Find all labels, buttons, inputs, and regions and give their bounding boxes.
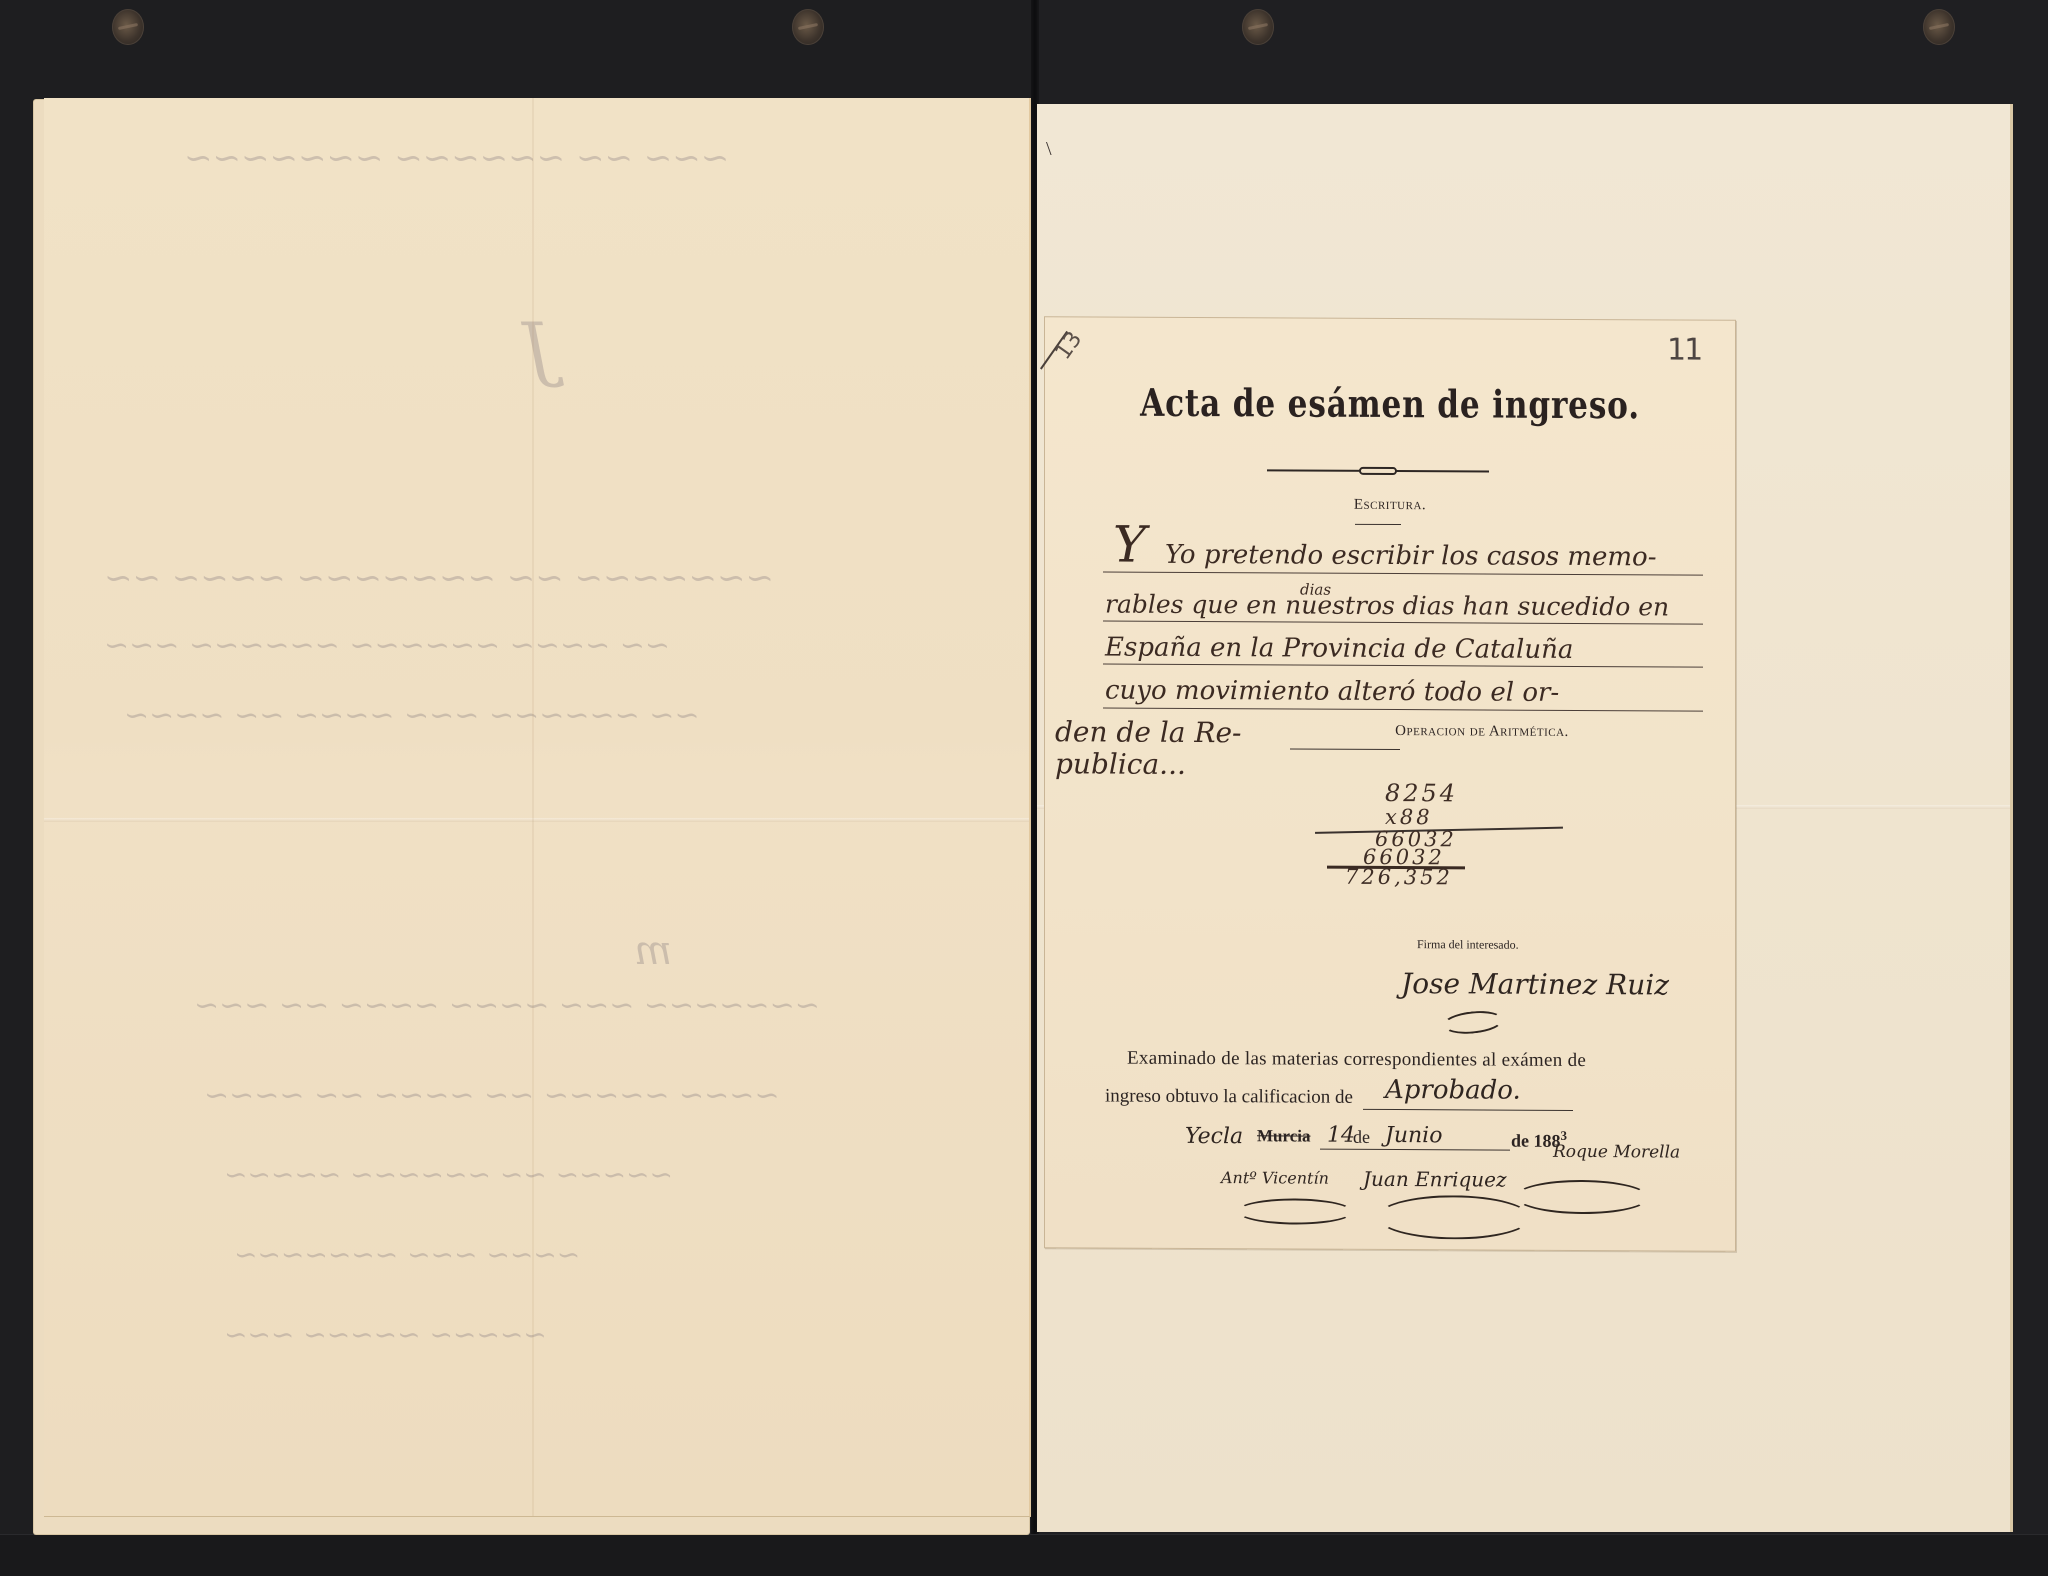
corner-mark: \ (1046, 138, 1052, 161)
signature-flourish (1515, 1180, 1649, 1215)
year-handwritten-digit: 3 (1561, 1128, 1568, 1143)
writing-section-heading: Escritura. (1045, 495, 1735, 516)
fill-line (1363, 1109, 1573, 1111)
handwritten-line: publica... (1055, 747, 1186, 781)
ruled-line (1103, 663, 1703, 667)
handwritten-line: cuyo movimiento alteró todo el or- (1105, 676, 1559, 708)
section-rule (1290, 748, 1400, 750)
certification-line-1: Examinado de las materias correspondient… (1127, 1048, 1586, 1072)
bleed-through-text: ~~~~~ ~~~~~ ~~~ (224, 1318, 547, 1351)
examiner-signature: Roque Morella (1553, 1142, 1680, 1163)
bleed-through-text: ~~~ ~~ ~~~~~~ ~~~~~~~ (184, 138, 729, 178)
binding-hole-icon (1242, 9, 1274, 45)
bleed-through-mark: m (634, 928, 672, 974)
handwritten-line: Yo pretendo escribir los casos memo- (1165, 540, 1657, 573)
certification-line-2: ingreso obtuvo la calificacion de (1105, 1086, 1353, 1109)
exam-record-slip: 13 11 Acta de esámen de ingreso. Escritu… (1044, 316, 1736, 1252)
folio-number-left: 13 (1051, 327, 1088, 364)
binding-hole-icon (1923, 9, 1955, 45)
arithmetic-section-heading: Operacion de Aritmética. (1137, 722, 1827, 743)
bleed-through-text: ~~ ~~~~~~ ~~~ ~~~~ ~~ ~~~~ (124, 698, 700, 733)
calc-result: 726,352 (1345, 865, 1453, 890)
left-page-crease (532, 98, 534, 1516)
binding-hole-icon (792, 9, 824, 45)
calc-multiplicand: 8254 (1385, 779, 1458, 807)
examiner-signature: Juan Enriquez (1363, 1167, 1507, 1192)
grade-handwritten: Aprobado. (1385, 1075, 1521, 1106)
signature-flourish (1442, 1009, 1504, 1037)
bleed-through-text: J (524, 308, 552, 390)
left-page: ~~~ ~~ ~~~~~~ ~~~~~~~ J ~~~~~~~ ~~ ~~~~~… (44, 98, 1031, 1517)
bleed-through-text: ~~~~~~~ ~~~ ~~~~ ~~~~ ~~ ~~~ (194, 988, 820, 1023)
bleed-through-text: ~~~~~ ~~ ~~~~~~ ~~~~~ (224, 1158, 673, 1191)
calc-multiplier: x88 (1385, 805, 1433, 829)
place-handwritten: Yecla (1185, 1124, 1243, 1149)
handwritten-line: España en la Provincia de Cataluña (1105, 633, 1573, 665)
date-month: Junio (1385, 1123, 1442, 1148)
bleed-through-text: ~~~~ ~~~~~ ~~ ~~~~ ~~ ~~~~ (204, 1078, 780, 1113)
signature-label: Firma del interesado. (1417, 937, 1519, 953)
signature-flourish (1377, 1195, 1531, 1240)
folio-number-right: 11 (1667, 332, 1701, 367)
scan-bottom-band (0, 1534, 2048, 1576)
bleed-through-text: ~~ ~~~~ ~~~~~~ ~~~~~~ ~~~ (104, 628, 670, 663)
document-title: Acta de esámen de ingreso. (1107, 380, 1673, 428)
place-printed-struck: Murcia (1257, 1126, 1311, 1146)
candidate-signature: Jose Martinez Ruiz (1401, 967, 1669, 1001)
bleed-through-text: ~~~~ ~~~ ~~~~~~~ (234, 1238, 580, 1271)
signature-flourish (1237, 1198, 1353, 1225)
handwritten-initial: Y (1113, 516, 1146, 574)
examiner-signature: Antº Vicentín (1221, 1168, 1329, 1188)
title-ornament (1267, 466, 1489, 475)
left-page-fold (44, 818, 1029, 822)
date-de: de (1353, 1127, 1370, 1148)
bleed-through-text: ~~~~~~~ ~~ ~~~~~~~ ~~~~ ~~ (104, 558, 774, 598)
fill-line (1320, 1149, 1510, 1151)
section-rule (1355, 524, 1401, 525)
handwritten-line: rables que en nuestros dias han sucedido… (1105, 590, 1669, 622)
ruled-line (1103, 707, 1703, 711)
date-day: 14 (1327, 1123, 1355, 1148)
binding-hole-icon (112, 9, 144, 45)
